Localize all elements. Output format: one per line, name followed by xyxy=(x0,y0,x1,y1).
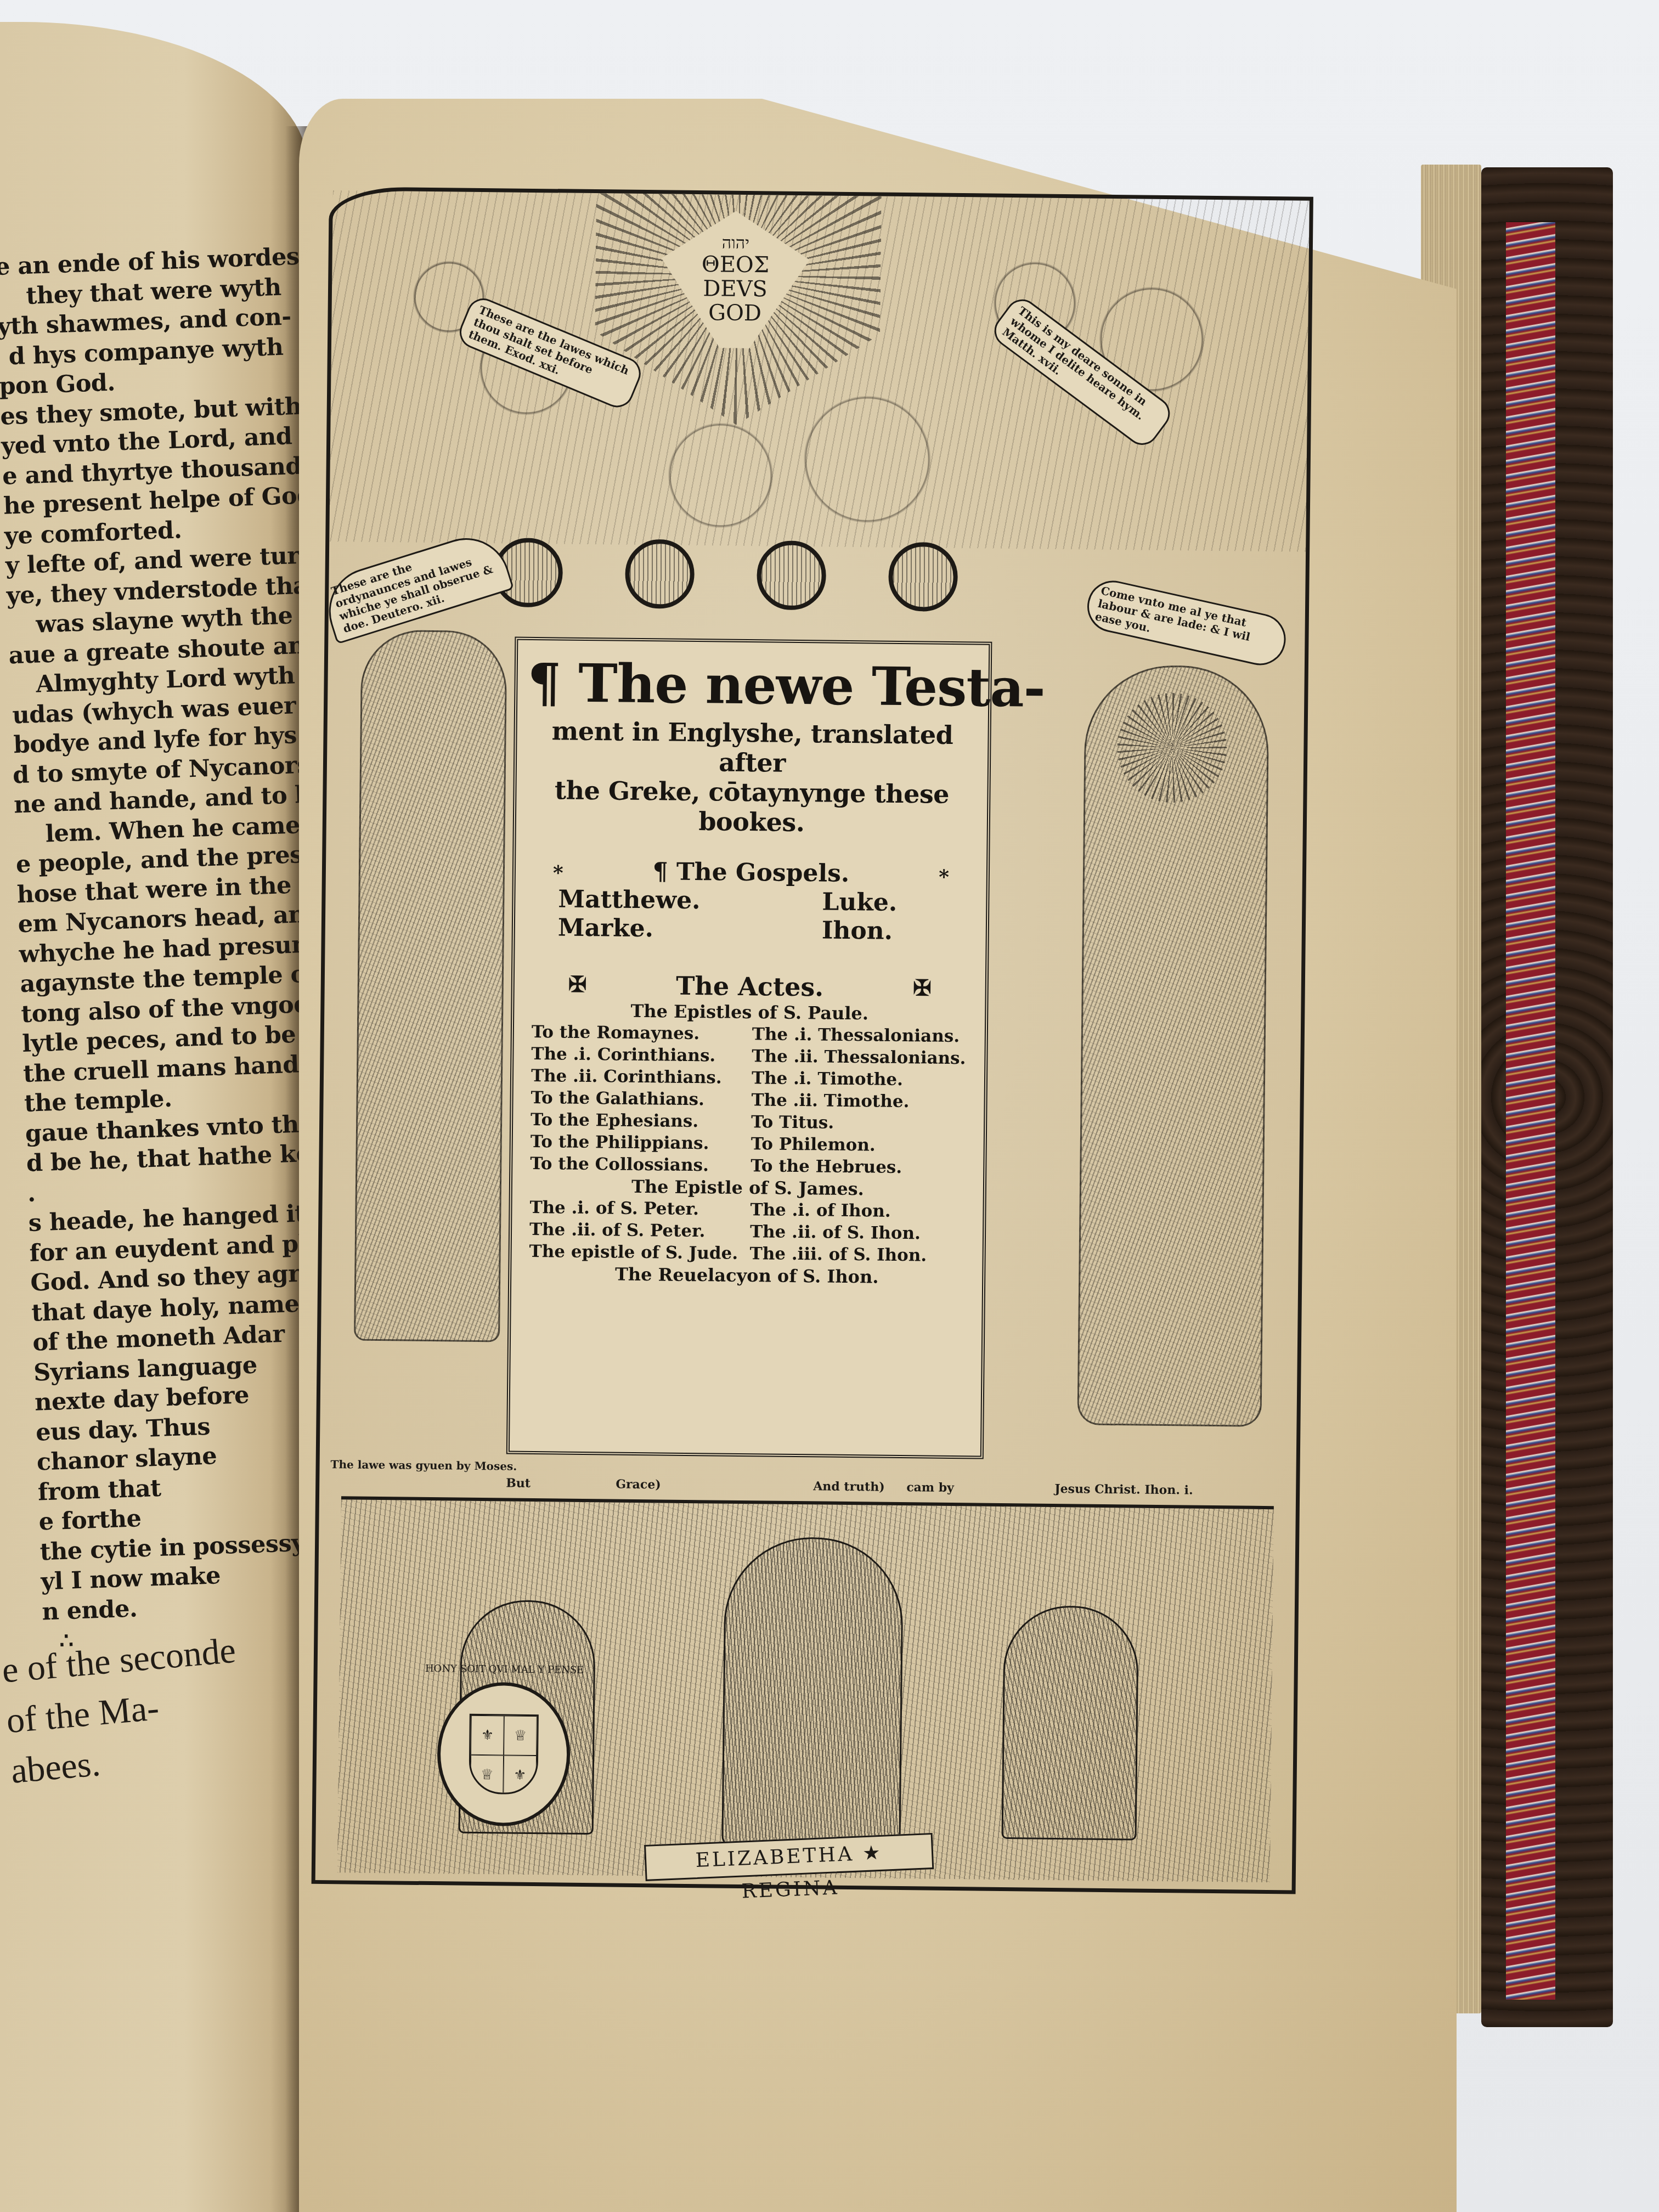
page-title: ¶ The newe Testa- xyxy=(527,653,979,718)
book-entry: To the Collossians. xyxy=(530,1153,745,1177)
title-panel: ¶ The newe Testa- ment in Englyshe, tran… xyxy=(506,637,992,1459)
scroll-ornament xyxy=(888,542,958,612)
general-epistles-list: The .i. of S. Peter. The .i. of Ihon. Th… xyxy=(521,1197,973,1267)
subtitle-line: the Greke, cōtaynynge these xyxy=(526,775,978,810)
book-entry: The .ii. Corinthians. xyxy=(531,1065,746,1089)
book-entry: To the Romaynes. xyxy=(532,1021,747,1045)
banner-word: Grace) xyxy=(616,1477,661,1492)
book-entry: The .ii. Thessalonians. xyxy=(752,1045,967,1069)
fleur-de-lis-icon: ⚜ xyxy=(503,1755,537,1795)
acts-heading: ✠ The Actes. ✠ xyxy=(524,969,976,1004)
book-entry: The .ii. of S. Peter. xyxy=(529,1218,744,1243)
subtitle-line: bookes. xyxy=(526,805,978,839)
lion-icon: ♕ xyxy=(504,1716,537,1756)
cross-pattee-icon: ✠ xyxy=(568,970,587,1000)
asterisk-icon: * xyxy=(939,863,949,891)
scrollwork-ornaments xyxy=(493,538,988,630)
left-page-text: e an ende of his wordes, they that were … xyxy=(0,242,307,1657)
book-entry: The .i. Corinthians. xyxy=(531,1043,746,1067)
enthroned-queen-scene: HONY SOIT QVI MAL Y PENSE ⚜ ♕ ♕ ⚜ ELIZAB… xyxy=(337,1496,1274,1882)
book-entry: The .i. Thessalonians. xyxy=(752,1023,967,1047)
latin-deus: DEVS xyxy=(703,276,768,301)
gospels-heading-label: ¶ The Gospels. xyxy=(652,857,849,888)
book-entry: The .ii. Timothe. xyxy=(751,1089,966,1113)
fleur-de-lis-icon: ⚜ xyxy=(471,1716,504,1756)
virtue-figure-right xyxy=(1002,1605,1139,1841)
scroll-ornament xyxy=(757,540,826,610)
book-entry: To Philemon. xyxy=(751,1133,966,1157)
book-entry: Luke. xyxy=(756,887,955,918)
book-entry: The .i. Timothe. xyxy=(752,1067,967,1091)
book-entry: The epistle of S. Jude. xyxy=(529,1240,744,1265)
banner-citation: Jesus Christ. Ihon. i. xyxy=(1054,1482,1193,1498)
moses-note: The lawe was gyuen by Moses. xyxy=(330,1458,517,1473)
book-entry: Matthewe. xyxy=(558,885,757,916)
gospels-list: Matthewe. Luke. Marke. Ihon. xyxy=(525,885,977,947)
banner-word: But xyxy=(506,1476,531,1491)
greek-theos: ΘΕΟΣ xyxy=(702,252,770,277)
book-entry: To the Hebrues. xyxy=(751,1155,966,1179)
quartered-shield: ⚜ ♕ ♕ ⚜ xyxy=(469,1714,539,1795)
book-entry: The .i. of Ihon. xyxy=(750,1199,965,1223)
scroll-ornament xyxy=(625,539,695,609)
christ-figure xyxy=(1077,664,1269,1426)
queen-name-cartouche: ELIZABETHA ★ REGINA xyxy=(644,1833,934,1881)
book-entry: To the Ephesians. xyxy=(531,1109,746,1133)
left-page: e an ende of his wordes, they that were … xyxy=(0,22,307,2212)
moses-figure xyxy=(354,630,507,1342)
banner-word: And truth) xyxy=(813,1479,885,1494)
book-entry: Ihon. xyxy=(756,916,955,946)
book-entry: The .ii. of S. Ihon. xyxy=(750,1221,965,1245)
woodcut-title-border: יהוה ΘΕΟΣ DEVS GOD These are the lawes w… xyxy=(312,187,1313,1894)
marbled-endpaper xyxy=(1506,222,1555,2000)
pauline-epistles-list: To the Romaynes. The .i. Thessalonians. … xyxy=(522,1021,975,1180)
book-entry: The .iii. of S. Ihon. xyxy=(749,1243,964,1267)
ribbon-come-unto-me: Come vnto me al ye that labour & are lad… xyxy=(1082,575,1291,670)
tetragrammaton: יהוה xyxy=(722,234,749,253)
banner-word: cam by xyxy=(906,1480,954,1495)
book-entry: The .i. of S. Peter. xyxy=(529,1197,744,1221)
book-entry: To the Philippians. xyxy=(531,1131,746,1155)
colophon: e of the seconde of the Ma- abees. xyxy=(0,1622,286,1797)
subtitle-line: ment in Englyshe, translated after xyxy=(527,716,978,780)
cross-pattee-icon: ✠ xyxy=(913,973,932,1003)
queen-elizabeth-figure xyxy=(721,1537,904,1849)
lion-icon: ♕ xyxy=(470,1755,504,1795)
book-entry: Marke. xyxy=(558,913,757,944)
book-entry: To the Galathians. xyxy=(531,1087,746,1111)
gospels-heading: * ¶ The Gospels. * xyxy=(526,856,977,890)
acts-label: The Actes. xyxy=(676,971,824,1002)
garter-motto: HONY SOIT QVI MAL Y PENSE xyxy=(420,1663,590,1676)
ribbon-deuteronomy: These are the ordynaunces and lawes whic… xyxy=(318,527,514,645)
asterisk-icon: * xyxy=(553,859,563,887)
english-god: GOD xyxy=(708,301,761,325)
book-entry: To Titus. xyxy=(751,1111,966,1135)
